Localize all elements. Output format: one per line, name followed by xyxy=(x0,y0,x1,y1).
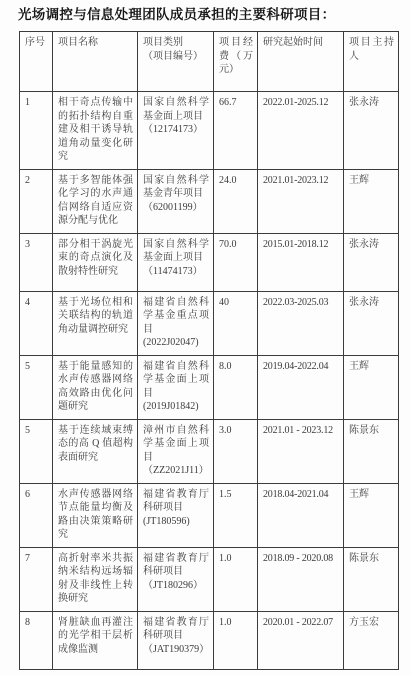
cell-principal-investigator: 王辉 xyxy=(344,483,399,547)
cell-project-category: 国家自然科学基金面上项目 （11474173） xyxy=(138,233,214,291)
col-header-pi: 项目主持人 xyxy=(344,32,399,92)
cell-research-period: 2021.01-2023.12 xyxy=(258,169,344,233)
cell-project-category: 福建省教育厅科研项目 （JT180296） xyxy=(138,547,214,611)
cell-row-number: 2 xyxy=(20,169,53,233)
table-row: 8 肾脏缺血再灌注的光学相干层析成像监测 福建省教育厅科研项目 （JAT1903… xyxy=(20,611,399,669)
cell-research-period: 2018.09 - 2020.08 xyxy=(258,547,344,611)
col-header-category: 项目类别 （项目编号） xyxy=(138,32,214,92)
table-row: 6 水声传感器网络节点能量均衡及路由决策策略研究 福建省教育厅科研项目 (JT1… xyxy=(20,483,399,547)
cell-row-number: 4 xyxy=(20,291,53,355)
table-row: 7 高折射率米共振纳米结构远场辐射及非线性上转换研究 福建省教育厅科研项目 （J… xyxy=(20,547,399,611)
projects-table: 序号 项目名称 项目类别 （项目编号） 项目经费（万元） 研究起始时间 项目主持… xyxy=(19,31,399,670)
cell-row-number: 1 xyxy=(20,92,53,170)
cell-project-name: 相干奇点传输中的拓扑结构自重建及相干诱导轨道角动量变化研究 xyxy=(53,92,138,170)
table-row: 4 基于光场位相和关联结构的轨道角动量调控研究 福建省自然科学基金重点项目 (2… xyxy=(20,291,399,355)
cell-research-period: 2022.03-2025.03 xyxy=(258,291,344,355)
table-row: 5 基于连续域束缚态的高 Q 值超构表面研究 漳州市自然科学基金面上项目 （ZZ… xyxy=(20,419,399,483)
col-header-period: 研究起始时间 xyxy=(258,32,344,92)
cell-research-period: 2021.01 - 2023.12 xyxy=(258,419,344,483)
cell-project-category: 国家自然科学基金青年项目 （62001199） xyxy=(138,169,214,233)
cell-principal-investigator: 陈景东 xyxy=(344,419,399,483)
cell-row-number: 7 xyxy=(20,547,53,611)
cell-research-period: 2015.01-2018.12 xyxy=(258,233,344,291)
cell-project-name: 高折射率米共振纳米结构远场辐射及非线性上转换研究 xyxy=(53,547,138,611)
cell-research-period: 2018.04-2021.04 xyxy=(258,483,344,547)
page-title: 光场调控与信息处理团队成员承担的主要科研项目： xyxy=(0,0,411,31)
cell-principal-investigator: 张永涛 xyxy=(344,233,399,291)
cell-funding-amount: 40 xyxy=(214,291,258,355)
cell-principal-investigator: 张永涛 xyxy=(344,291,399,355)
cell-funding-amount: 3.0 xyxy=(214,419,258,483)
cell-project-name: 基于连续域束缚态的高 Q 值超构表面研究 xyxy=(53,419,138,483)
cell-row-number: 6 xyxy=(20,483,53,547)
cell-principal-investigator: 张永涛 xyxy=(344,92,399,170)
col-header-project-name: 项目名称 xyxy=(53,32,138,92)
cell-row-number: 5 xyxy=(20,355,53,419)
table-row: 5 基于能量感知的水声传感器网络高效路由优化问题研究 福建省自然科学基金面上项目… xyxy=(20,355,399,419)
cell-funding-amount: 66.7 xyxy=(214,92,258,170)
cell-project-category: 漳州市自然科学基金面上项目 （ZZ2021J11） xyxy=(138,419,214,483)
header-row: 序号 项目名称 项目类别 （项目编号） 项目经费（万元） 研究起始时间 项目主持… xyxy=(20,32,399,92)
cell-research-period: 2019.04-2022.04 xyxy=(258,355,344,419)
cell-project-name: 水声传感器网络节点能量均衡及路由决策策略研究 xyxy=(53,483,138,547)
cell-principal-investigator: 方玉宏 xyxy=(344,611,399,669)
table-row: 2 基于多智能体强化学习的水声通信网络自适应资源分配与优化 国家自然科学基金青年… xyxy=(20,169,399,233)
cell-research-period: 2022.01-2025.12 xyxy=(258,92,344,170)
cell-project-category: 福建省教育厅科研项目 （JAT190379） xyxy=(138,611,214,669)
table-body: 1 相干奇点传输中的拓扑结构自重建及相干诱导轨道角动量变化研究 国家自然科学基金… xyxy=(20,92,399,670)
cell-row-number: 8 xyxy=(20,611,53,669)
cell-row-number: 3 xyxy=(20,233,53,291)
cell-project-name: 部分相干涡旋光束的奇点演化及散射特性研究 xyxy=(53,233,138,291)
table-row: 1 相干奇点传输中的拓扑结构自重建及相干诱导轨道角动量变化研究 国家自然科学基金… xyxy=(20,92,399,170)
cell-project-name: 基于多智能体强化学习的水声通信网络自适应资源分配与优化 xyxy=(53,169,138,233)
cell-funding-amount: 24.0 xyxy=(214,169,258,233)
cell-project-category: 福建省教育厅科研项目 (JT180596) xyxy=(138,483,214,547)
col-header-funding: 项目经费（万元） xyxy=(214,32,258,92)
cell-funding-amount: 1.0 xyxy=(214,611,258,669)
document-page: 光场调控与信息处理团队成员承担的主要科研项目： 序号 项目名称 项目类别 （项目… xyxy=(0,0,411,676)
cell-principal-investigator: 陈景东 xyxy=(344,547,399,611)
cell-funding-amount: 8.0 xyxy=(214,355,258,419)
cell-principal-investigator: 王辉 xyxy=(344,169,399,233)
cell-project-category: 福建省自然科学基金重点项目 (2022J02047) xyxy=(138,291,214,355)
table-row: 3 部分相干涡旋光束的奇点演化及散射特性研究 国家自然科学基金面上项目 （114… xyxy=(20,233,399,291)
cell-row-number: 5 xyxy=(20,419,53,483)
cell-funding-amount: 1.0 xyxy=(214,547,258,611)
cell-project-name: 基于能量感知的水声传感器网络高效路由优化问题研究 xyxy=(53,355,138,419)
cell-funding-amount: 70.0 xyxy=(214,233,258,291)
cell-project-name: 肾脏缺血再灌注的光学相干层析成像监测 xyxy=(53,611,138,669)
cell-project-category: 国家自然科学基金面上项目 （12174173） xyxy=(138,92,214,170)
cell-research-period: 2020.01 - 2022.07 xyxy=(258,611,344,669)
cell-project-name: 基于光场位相和关联结构的轨道角动量调控研究 xyxy=(53,291,138,355)
cell-project-category: 福建省自然科学基金面上项目 (2019J01842) xyxy=(138,355,214,419)
cell-funding-amount: 1.5 xyxy=(214,483,258,547)
col-header-no: 序号 xyxy=(20,32,53,92)
cell-principal-investigator: 王辉 xyxy=(344,355,399,419)
